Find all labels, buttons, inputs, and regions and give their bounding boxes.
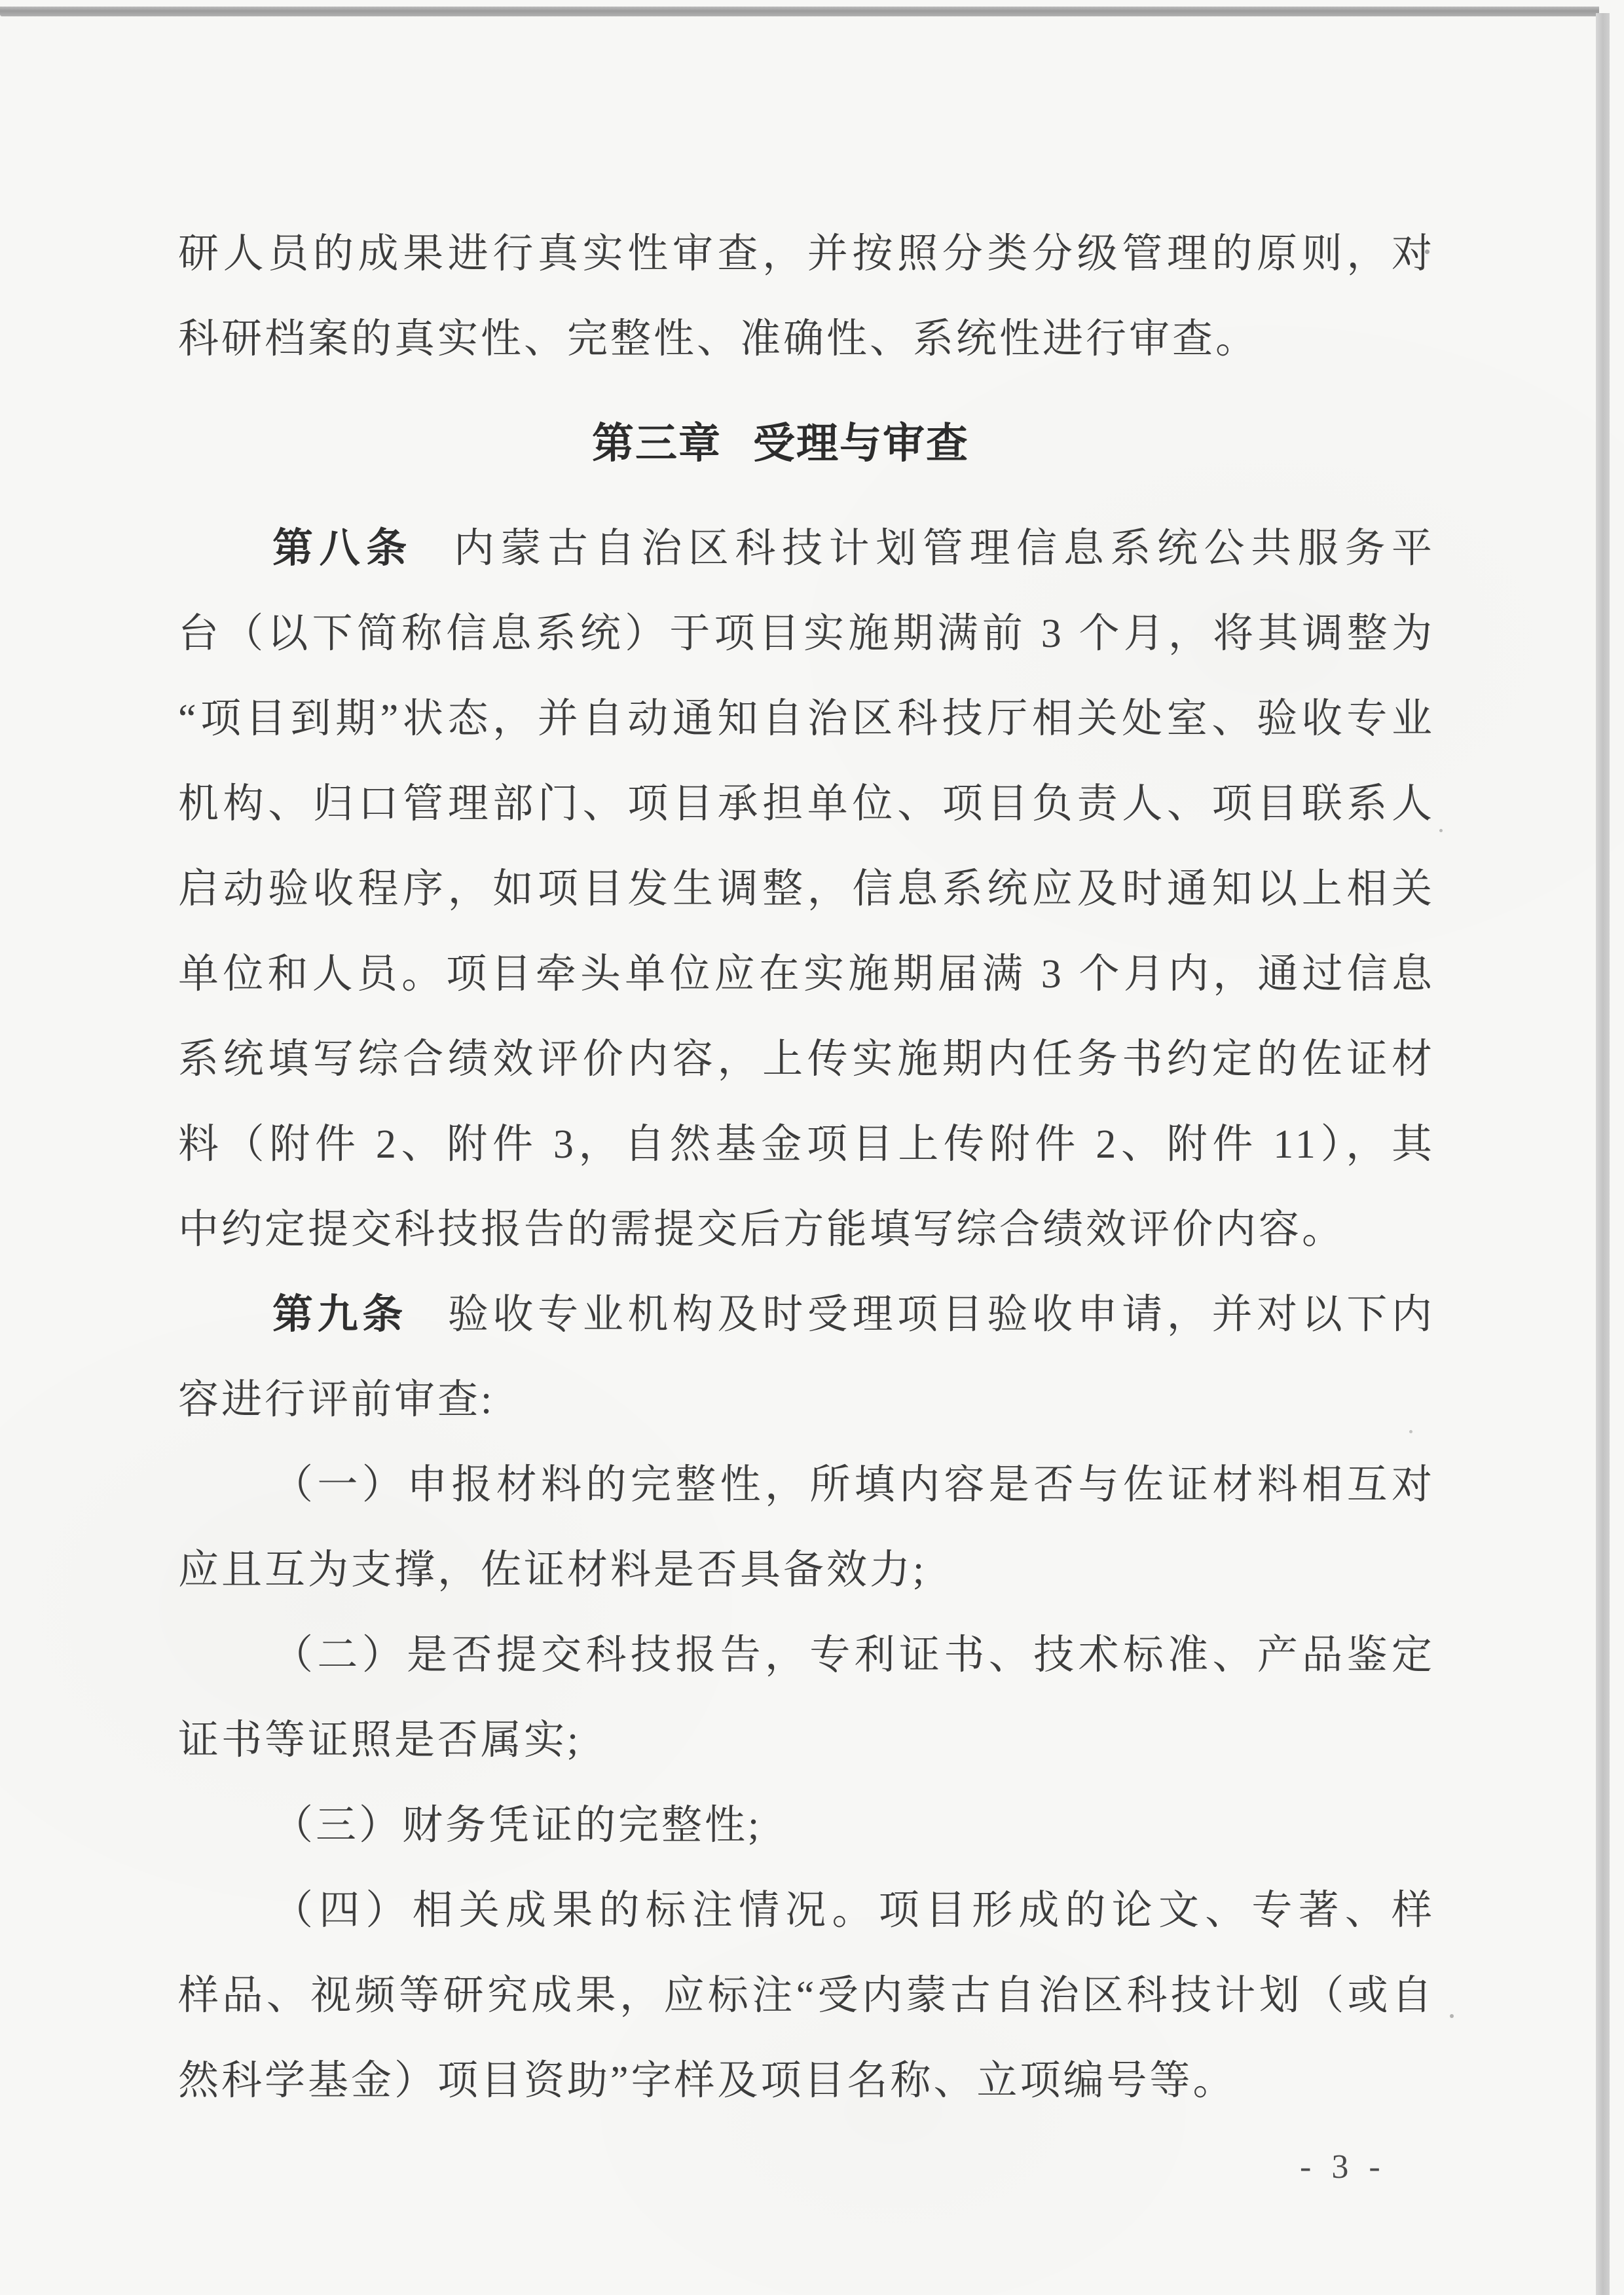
text-line-19-item-3: （三）财务凭证的完整性; <box>178 1783 1435 1868</box>
scan-edge-top <box>0 7 1599 16</box>
text-line-20-item-4: （四）相关成果的标注情况。项目形成的论文、专著、样机、 <box>178 1868 1435 1953</box>
article-8-number: 第八条 <box>272 526 413 571</box>
page-number: - 3 - <box>1300 2148 1386 2186</box>
scan-speck <box>1439 829 1443 832</box>
article-9-text: 验收专业机构及时受理项目验收申请，并对以下内 <box>448 1293 1435 1337</box>
text-line-13-article-9: 第九条验收专业机构及时受理项目验收申请，并对以下内 <box>178 1272 1435 1357</box>
chapter-number: 第三章 <box>592 420 722 467</box>
text-line-16: 应且互为支撑，佐证材料是否具备效力; <box>178 1528 1435 1613</box>
text-line-9: 单位和人员。项目牵头单位应在实施期届满 3 个月内，通过信息 <box>178 932 1435 1017</box>
text-line-10: 系统填写综合绩效评价内容，上传实施期内任务书约定的佐证材 <box>178 1017 1435 1102</box>
chapter-title: 受理与审查 <box>753 420 969 467</box>
text-line-11: 料（附件 2、附件 3，自然基金项目上传附件 2、附件 11），其 <box>178 1102 1435 1187</box>
text-line-14: 容进行评前审查: <box>178 1357 1435 1442</box>
text-line-15-item-1: （一）申报材料的完整性，所填内容是否与佐证材料相互对 <box>178 1442 1435 1528</box>
chapter-heading: 第三章受理与审查 <box>178 382 1435 506</box>
article-9-number: 第九条 <box>272 1293 407 1337</box>
text-line-7: 机构、归口管理部门、项目承担单位、项目负责人、项目联系人 <box>178 762 1435 847</box>
text-line-17-item-2: （二）是否提交科技报告，专利证书、技术标准、产品鉴定 <box>178 1613 1435 1698</box>
text-line-21: 样品、视频等研究成果，应标注“受内蒙古自治区科技计划（或自 <box>178 1953 1435 2038</box>
text-line-2: 科研档案的真实性、完整性、准确性、系统性进行审查。 <box>178 297 1435 382</box>
scan-edge-right <box>1596 13 1610 2295</box>
text-line-4-article-8: 第八条内蒙古自治区科技计划管理信息系统公共服务平 <box>178 506 1435 591</box>
scanned-document-page: 研人员的成果进行真实性审查，并按照分类分级管理的原则，对 科研档案的真实性、完整… <box>0 0 1624 2295</box>
scan-speck <box>1450 2014 1454 2018</box>
text-line-22: 然科学基金）项目资助”字样及项目名称、立项编号等。 <box>178 2038 1435 2123</box>
text-line-1: 研人员的成果进行真实性审查，并按照分类分级管理的原则，对 <box>178 211 1435 297</box>
text-line-8: 启动验收程序，如项目发生调整，信息系统应及时通知以上相关 <box>178 847 1435 932</box>
text-line-12: 中约定提交科技报告的需提交后方能填写综合绩效评价内容。 <box>178 1187 1435 1272</box>
article-8-text: 内蒙古自治区科技计划管理信息系统公共服务平 <box>454 526 1435 571</box>
text-line-6: “项目到期”状态，并自动通知自治区科技厅相关处室、验收专业 <box>178 676 1435 762</box>
document-text: 研人员的成果进行真实性审查，并按照分类分级管理的原则，对 科研档案的真实性、完整… <box>178 211 1435 2123</box>
text-line-18: 证书等证照是否属实; <box>178 1698 1435 1783</box>
text-line-5: 台（以下简称信息系统）于项目实施期满前 3 个月，将其调整为 <box>178 591 1435 676</box>
